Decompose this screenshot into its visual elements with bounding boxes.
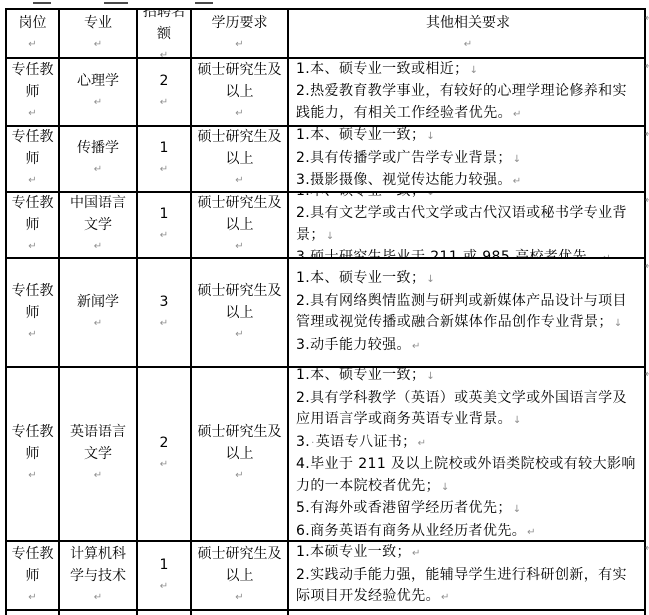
- cell-position[interactable]: 专任教师↵: [7, 127, 60, 191]
- header-other-requirements[interactable]: 其他相关要求↵: [289, 10, 644, 57]
- cell-education[interactable]: 硕士研究生及以上↵: [192, 259, 289, 366]
- cell-empty: [192, 611, 289, 615]
- clipped-text-remnant: [33, 2, 51, 4]
- cell-position[interactable]: 专任教师↵: [7, 193, 60, 257]
- requirement-line: 2.具有文艺学或古代文学或古代汉语或秘书学专业背景；↓: [296, 203, 640, 247]
- requirement-line: 1.本、硕专业一致；↓: [296, 193, 436, 203]
- requirement-line: 4.毕业于 211 及以上院校或外语类院校或有较大影响力的一本院校者优先；↓: [296, 454, 640, 498]
- table-row: 专任教师↵ 中国语言文学↵ 1↵ 硕士研究生及以上↵ 1.本、硕专业一致；↓ 2…: [7, 193, 644, 259]
- header-quota[interactable]: 招聘名额↵: [138, 10, 192, 57]
- row-end-mark: ↵: [644, 14, 649, 24]
- table-row: 专任教师↵ 计算机科学与技术↵ 1↵ 硕士研究生及以上↵ 1.本硕专业一致；↵ …: [7, 542, 644, 611]
- requirement-line: 1.本、硕专业一致；↓: [296, 268, 436, 291]
- table-header-row: 岗位↵ 专业↵ 招聘名额↵ 学历要求↵ 其他相关要求↵: [7, 10, 644, 59]
- cell-quota[interactable]: 2↵: [138, 59, 192, 125]
- requirement-line: 3.硕士研究生毕业于 211 或 985 高校者优先。↵: [296, 247, 612, 257]
- requirement-line: 2.具有传播学或广告学专业背景；↓: [296, 148, 523, 171]
- requirement-line: 6.商务英语有商务从业经历者优先。↵: [296, 521, 537, 541]
- cell-major[interactable]: 英语语言文学↵: [60, 368, 138, 540]
- cell-education[interactable]: 硕士研究生及以上↵: [192, 542, 289, 609]
- clipped-text-remnant: [104, 2, 128, 4]
- cell-major[interactable]: 中国语言文学↵: [60, 193, 138, 257]
- cell-requirements[interactable]: 1.本、硕专业一致或相近；↓ 2.热爱教育教学事业，有较好的心理学理论修养和实践…: [289, 59, 644, 125]
- table-row: 专任教师↵ 新闻学↵ 3↵ 硕士研究生及以上↵ 1.本、硕专业一致；↓ 2.具有…: [7, 259, 644, 368]
- recruitment-table: 岗位↵ 专业↵ 招聘名额↵ 学历要求↵ 其他相关要求↵ 专任教师↵ 心理学↵ 2…: [5, 8, 646, 615]
- table-row: 专任教师↵ 传播学↵ 1↵ 硕士研究生及以上↵ 1.本、硕专业一致；↓ 2.具有…: [7, 127, 644, 193]
- cell-position[interactable]: 专任教师↵: [7, 542, 60, 609]
- cell-empty: [7, 611, 60, 615]
- row-end-mark: ↵: [644, 130, 649, 140]
- requirement-line: 2.实践动手能力强，能辅导学生进行科研创新，有实际项目开发经验优先。↵: [296, 565, 640, 609]
- cell-requirements[interactable]: 1.本、硕专业一致；↓ 2.具有学科教学（英语）或英美文学或外国语言学及应用语言…: [289, 368, 644, 540]
- cell-requirements[interactable]: 1.本硕专业一致；↵ 2.实践动手能力强，能辅导学生进行科研创新，有实际项目开发…: [289, 542, 644, 609]
- cell-education[interactable]: 硕士研究生及以上↵: [192, 193, 289, 257]
- requirement-line: 1.本、硕专业一致或相近；↓: [296, 59, 479, 81]
- requirement-line: 1.本硕专业一致；↵: [296, 542, 422, 565]
- header-position[interactable]: 岗位↵: [7, 10, 60, 57]
- cell-education[interactable]: 硕士研究生及以上↵: [192, 368, 289, 540]
- requirement-line: 3.摄影摄像、视觉传达能力较强。↵: [296, 170, 523, 191]
- cell-empty: [60, 611, 138, 615]
- cell-education[interactable]: 硕士研究生及以上↵: [192, 59, 289, 125]
- requirement-line: 3.·英语专八证书；↵: [296, 432, 427, 455]
- requirement-line: 2.具有网络舆情监测与研判或新媒体产品设计与项目管理或视觉传播或融合新媒体作品创…: [296, 291, 640, 335]
- row-end-mark: ↵: [644, 262, 649, 272]
- requirement-line: 1.本、硕专业一致；↓: [296, 127, 436, 148]
- cell-major[interactable]: 传播学↵: [60, 127, 138, 191]
- cell-quota[interactable]: 2↵: [138, 368, 192, 540]
- cell-empty: [289, 611, 644, 615]
- cell-major[interactable]: 新闻学↵: [60, 259, 138, 366]
- cell-quota[interactable]: 1↵: [138, 542, 192, 609]
- cell-empty: [138, 611, 192, 615]
- cell-requirements[interactable]: 1.本、硕专业一致；↓ 2.具有传播学或广告学专业背景；↓ 3.摄影摄像、视觉传…: [289, 127, 644, 191]
- cell-requirements[interactable]: 1.本、硕专业一致；↓ 2.具有文艺学或古代文学或古代汉语或秘书学专业背景；↓ …: [289, 193, 644, 257]
- row-end-mark: ↵: [644, 544, 649, 554]
- table-row-clipped: [7, 611, 644, 615]
- row-end-mark: ↵: [644, 62, 649, 72]
- row-end-mark: ↵: [644, 370, 649, 380]
- table-row: 专任教师↵ 心理学↵ 2↵ 硕士研究生及以上↵ 1.本、硕专业一致或相近；↓ 2…: [7, 59, 644, 127]
- row-end-mark: ↵: [644, 196, 649, 206]
- requirement-line: 2.热爱教育教学事业，有较好的心理学理论修养和实践能力，有相关工作经验者优先。↵: [296, 81, 640, 125]
- cell-major[interactable]: 计算机科学与技术↵: [60, 542, 138, 609]
- cell-position[interactable]: 专任教师↵: [7, 259, 60, 366]
- cell-quota[interactable]: 1↵: [138, 193, 192, 257]
- cell-education[interactable]: 硕士研究生及以上↵: [192, 127, 289, 191]
- header-major[interactable]: 专业↵: [60, 10, 138, 57]
- requirement-line: 3.动手能力较强。↵: [296, 335, 422, 358]
- cell-position[interactable]: 专任教师↵: [7, 368, 60, 540]
- cell-quota[interactable]: 3↵: [138, 259, 192, 366]
- cell-major[interactable]: 心理学↵: [60, 59, 138, 125]
- cell-requirements[interactable]: 1.本、硕专业一致；↓ 2.具有网络舆情监测与研判或新媒体产品设计与项目管理或视…: [289, 259, 644, 366]
- cell-quota[interactable]: 1↵: [138, 127, 192, 191]
- requirement-line: 5.有海外或香港留学经历者优先；↓: [296, 498, 523, 521]
- cell-position[interactable]: 专任教师↵: [7, 59, 60, 125]
- header-education[interactable]: 学历要求↵: [192, 10, 289, 57]
- requirement-line: 2.具有学科教学（英语）或英美文学或外国语言学及应用语言学或商务英语专业背景。↓: [296, 388, 640, 432]
- clipped-text-remnant: [195, 2, 213, 4]
- requirement-line: 1.本、硕专业一致；↓: [296, 368, 436, 388]
- table-row: 专任教师↵ 英语语言文学↵ 2↵ 硕士研究生及以上↵ 1.本、硕专业一致；↓ 2…: [7, 368, 644, 542]
